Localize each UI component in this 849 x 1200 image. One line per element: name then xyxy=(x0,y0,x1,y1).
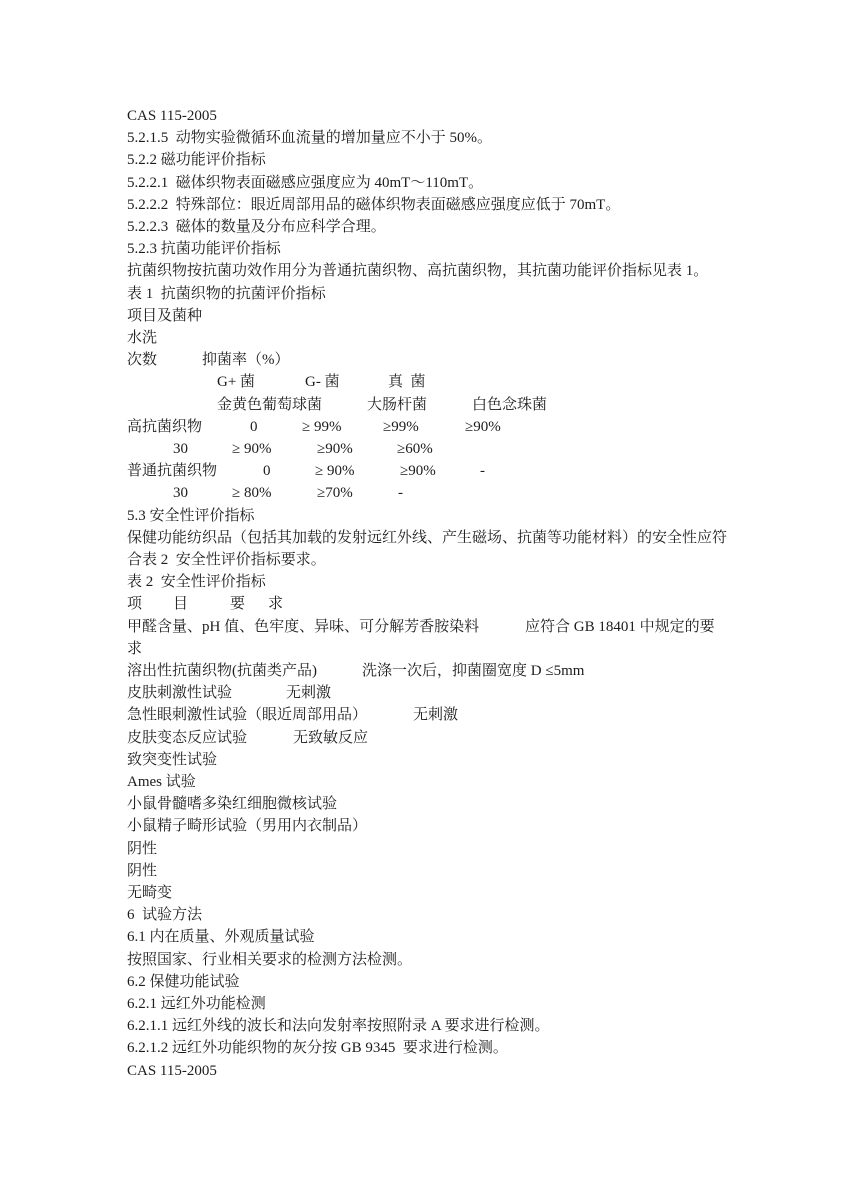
text-segment: ≥90% xyxy=(465,416,501,438)
text-segment: 要 xyxy=(230,593,245,615)
text-segment: 6.2.1.1 远红外线的波长和法向发射率按照附录 A 要求进行检测。 xyxy=(127,1015,550,1037)
doc-line: 金黄色葡萄球菌大肠杆菌白色念珠菌 xyxy=(127,394,767,416)
text-segment: 甲醛含量、pH 值、色牢度、异味、可分解芳香胺染料 xyxy=(127,616,479,638)
text-segment: 次数 xyxy=(127,349,157,371)
text-segment: - xyxy=(480,460,485,482)
doc-line: 水洗 xyxy=(127,327,767,349)
text-segment: 阴性 xyxy=(127,838,157,860)
text-segment: 应符合 GB 18401 中规定的要 xyxy=(525,616,715,638)
doc-line: 5.2.1.5 动物实验微循环血流量的增加量应不小于 50%。 xyxy=(127,127,767,149)
text-segment: 求 xyxy=(268,593,283,615)
doc-line: 阴性 xyxy=(127,838,767,860)
doc-line: 6.2 保健功能试验 xyxy=(127,971,767,993)
text-segment: 0 xyxy=(250,416,258,438)
text-segment: ≥90% xyxy=(317,438,353,460)
doc-line: 5.2.2.2 特殊部位：眼近周部用品的磁体织物表面磁感应强度应低于 70mT。 xyxy=(127,194,767,216)
text-segment: 合表 2 安全性评价指标要求。 xyxy=(127,549,326,571)
text-segment: 真 菌 xyxy=(388,371,426,393)
doc-line: 表 2 安全性评价指标 xyxy=(127,571,767,593)
doc-line: 5.2.2.3 磁体的数量及分布应科学合理。 xyxy=(127,216,767,238)
doc-line: 普通抗菌织物0≥ 90%≥90%- xyxy=(127,460,767,482)
text-segment: 30 xyxy=(173,438,188,460)
text-segment: 普通抗菌织物 xyxy=(127,460,217,482)
text-segment: ≥ 80% xyxy=(232,482,271,504)
doc-line: 30≥ 80%≥70%- xyxy=(127,482,767,504)
text-segment: 抗菌织物按抗菌功效作用分为普通抗菌织物、高抗菌织物，其抗菌功能评价指标见表 1。 xyxy=(127,260,708,282)
text-segment: ≥99% xyxy=(383,416,419,438)
doc-line: 30≥ 90%≥90%≥60% xyxy=(127,438,767,460)
text-segment: 无刺激 xyxy=(286,682,331,704)
doc-line: 表 1 抗菌织物的抗菌评价指标 xyxy=(127,283,767,305)
text-segment: 6.1 内在质量、外观质量试验 xyxy=(127,926,315,948)
text-segment: 5.2.3 抗菌功能评价指标 xyxy=(127,238,281,260)
text-segment: 小鼠精子畸形试验（男用内衣制品） xyxy=(127,815,367,837)
text-segment: G- 菌 xyxy=(305,371,340,393)
text-segment: 致突变性试验 xyxy=(127,749,217,771)
doc-line: 小鼠骨髓嗜多染红细胞微核试验 xyxy=(127,793,767,815)
text-segment: 无刺激 xyxy=(413,704,458,726)
doc-line: 皮肤变态反应试验无致敏反应 xyxy=(127,727,767,749)
doc-line: 致突变性试验 xyxy=(127,749,767,771)
text-segment: 按照国家、行业相关要求的检测方法检测。 xyxy=(127,949,412,971)
text-segment: 金黄色葡萄球菌 xyxy=(217,394,322,416)
text-segment: G+ 菌 xyxy=(217,371,255,393)
doc-line: 无畸变 xyxy=(127,882,767,904)
doc-line: 5.2.3 抗菌功能评价指标 xyxy=(127,238,767,260)
doc-line: 求 xyxy=(127,638,767,660)
doc-line: 6.2.1 远红外功能检测 xyxy=(127,993,767,1015)
text-segment: 6.2.1 远红外功能检测 xyxy=(127,993,266,1015)
text-segment: ≥90% xyxy=(400,460,436,482)
doc-line: 合表 2 安全性评价指标要求。 xyxy=(127,549,767,571)
text-segment: 急性眼刺激性试验（眼近周部用品） xyxy=(127,704,367,726)
text-segment: 大肠杆菌 xyxy=(367,394,427,416)
doc-line: 5.3 安全性评价指标 xyxy=(127,505,767,527)
text-segment: - xyxy=(398,482,403,504)
text-segment: ≥60% xyxy=(397,438,433,460)
text-segment: CAS 115-2005 xyxy=(127,105,217,127)
doc-line: 溶出性抗菌织物(抗菌类产品)洗涤一次后，抑菌圈宽度 D ≤5mm xyxy=(127,660,767,682)
text-segment: 目 xyxy=(173,593,188,615)
text-segment: 5.3 安全性评价指标 xyxy=(127,505,255,527)
text-segment: 6.2.1.2 远红外功能织物的灰分按 GB 9345 要求进行检测。 xyxy=(127,1037,508,1059)
doc-line: 6 试验方法 xyxy=(127,904,767,926)
text-segment: 项 xyxy=(127,593,142,615)
doc-line: 5.2.2.1 磁体织物表面磁感应强度应为 40mT～110mT。 xyxy=(127,172,767,194)
text-segment: 0 xyxy=(263,460,271,482)
text-segment: 表 2 安全性评价指标 xyxy=(127,571,266,593)
doc-line: 抗菌织物按抗菌功效作用分为普通抗菌织物、高抗菌织物，其抗菌功能评价指标见表 1。 xyxy=(127,260,767,282)
text-segment: 5.2.2.3 磁体的数量及分布应科学合理。 xyxy=(127,216,386,238)
doc-line: 按照国家、行业相关要求的检测方法检测。 xyxy=(127,949,767,971)
text-segment: 皮肤刺激性试验 xyxy=(127,682,232,704)
text-segment: 5.2.2 磁功能评价指标 xyxy=(127,149,266,171)
doc-line: 皮肤刺激性试验无刺激 xyxy=(127,682,767,704)
doc-line: 项目及菌种 xyxy=(127,305,767,327)
text-segment: 洗涤一次后，抑菌圈宽度 D ≤5mm xyxy=(362,660,584,682)
text-segment: ≥ 99% xyxy=(302,416,341,438)
text-segment: 阴性 xyxy=(127,860,157,882)
doc-line: 次数抑菌率（%） xyxy=(127,349,767,371)
text-segment: 项目及菌种 xyxy=(127,305,202,327)
doc-line: 6.2.1.2 远红外功能织物的灰分按 GB 9345 要求进行检测。 xyxy=(127,1037,767,1059)
text-segment: 5.2.2.2 特殊部位：眼近周部用品的磁体织物表面磁感应强度应低于 70mT。 xyxy=(127,194,620,216)
doc-line: G+ 菌G- 菌真 菌 xyxy=(127,371,767,393)
doc-line: 5.2.2 磁功能评价指标 xyxy=(127,149,767,171)
document-text-block: CAS 115-20055.2.1.5 动物实验微循环血流量的增加量应不小于 5… xyxy=(127,105,767,1095)
doc-line: 高抗菌织物0≥ 99%≥99%≥90% xyxy=(127,416,767,438)
text-segment: 水洗 xyxy=(127,327,157,349)
text-segment: 无畸变 xyxy=(127,882,172,904)
text-segment: ≥ 90% xyxy=(315,460,354,482)
doc-line: 6.1 内在质量、外观质量试验 xyxy=(127,926,767,948)
text-segment: 6 试验方法 xyxy=(127,904,202,926)
doc-line: CAS 115-2005 xyxy=(127,105,767,127)
doc-line: 阴性 xyxy=(127,860,767,882)
text-segment: 5.2.2.1 磁体织物表面磁感应强度应为 40mT～110mT。 xyxy=(127,172,483,194)
doc-line: 保健功能纺织品（包括其加载的发射远红外线、产生磁场、抗菌等功能材料）的安全性应符 xyxy=(127,527,767,549)
doc-line: Ames 试验 xyxy=(127,771,767,793)
text-segment: 保健功能纺织品（包括其加载的发射远红外线、产生磁场、抗菌等功能材料）的安全性应符 xyxy=(127,527,727,549)
doc-line: 6.2.1.1 远红外线的波长和法向发射率按照附录 A 要求进行检测。 xyxy=(127,1015,767,1037)
text-segment: 高抗菌织物 xyxy=(127,416,202,438)
doc-line: 急性眼刺激性试验（眼近周部用品）无刺激 xyxy=(127,704,767,726)
text-segment: 5.2.1.5 动物实验微循环血流量的增加量应不小于 50%。 xyxy=(127,127,492,149)
doc-line: 小鼠精子畸形试验（男用内衣制品） xyxy=(127,815,767,837)
text-segment: 求 xyxy=(127,638,142,660)
text-segment: 6.2 保健功能试验 xyxy=(127,971,240,993)
text-segment: 小鼠骨髓嗜多染红细胞微核试验 xyxy=(127,793,337,815)
text-segment: 无致敏反应 xyxy=(293,727,368,749)
document-page: CAS 115-20055.2.1.5 动物实验微循环血流量的增加量应不小于 5… xyxy=(0,0,849,1200)
text-segment: Ames 试验 xyxy=(127,771,196,793)
text-segment: CAS 115-2005 xyxy=(127,1060,217,1082)
doc-line: CAS 115-2005 xyxy=(127,1060,767,1082)
text-segment: 抑菌率（%） xyxy=(202,349,290,371)
text-segment: 30 xyxy=(173,482,188,504)
doc-line: 项目要求 xyxy=(127,593,767,615)
text-segment: ≥70% xyxy=(317,482,353,504)
text-segment: ≥ 90% xyxy=(232,438,271,460)
doc-line: 甲醛含量、pH 值、色牢度、异味、可分解芳香胺染料应符合 GB 18401 中规… xyxy=(127,616,767,638)
text-segment: 白色念珠菌 xyxy=(472,394,547,416)
text-segment: 皮肤变态反应试验 xyxy=(127,727,247,749)
text-segment: 表 1 抗菌织物的抗菌评价指标 xyxy=(127,283,326,305)
text-segment: 溶出性抗菌织物(抗菌类产品) xyxy=(127,660,317,682)
